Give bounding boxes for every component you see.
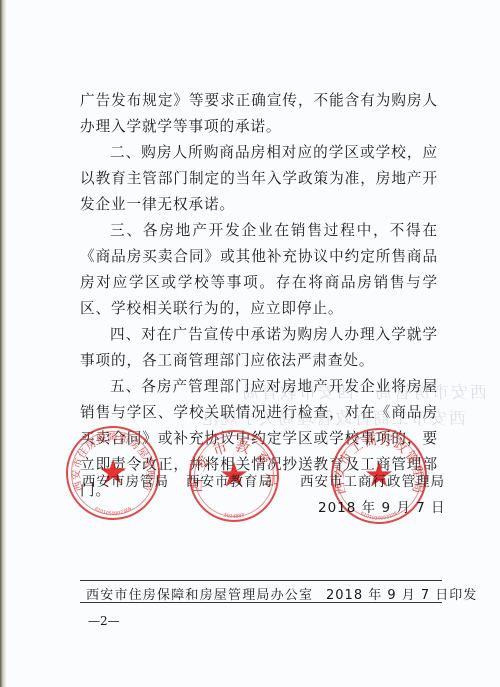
footer-issuer: 西安市住房保障和房屋管理局办公室 <box>86 584 313 603</box>
signature-industry-commerce-bureau: 西安市工商行政管理局 <box>300 470 445 490</box>
footer-issue-date: 2018 年 9 月 7 日印发 <box>326 584 477 603</box>
paragraph-3: 三、各房地产开发企业在销售过程中，不得在《商品房买卖合同》或其他补充协议中约定所… <box>80 218 438 322</box>
page-number: —2— <box>88 614 120 628</box>
svg-text:6101050002366: 6101050002366 <box>93 506 133 517</box>
paragraph-4: 四、对在广告宣传中承诺为购房人办理入学就学事项的，各工商管理部门应依法严肃查处。 <box>80 322 438 374</box>
paragraph-2: 二、购房人所购商品房相对应的学区或学校，应以教育主管部门制定的当年入学政策为准，… <box>80 140 438 218</box>
signing-date: 2018 年 9 月 7 日 <box>318 496 446 516</box>
svg-text:5024883: 5024883 <box>223 512 245 520</box>
paragraph: 广告发布规定》等要求正确宣传，不能含有为购房人办理入学就学等事项的承诺。 <box>80 88 438 140</box>
document-page: 西安市房管局 西安市教育局 西安市工商行政管理局关于规范 广告发布规定》等要求正… <box>0 0 500 687</box>
footer-bottom-rule <box>80 602 442 603</box>
signature-housing-bureau: 西安市房管局 <box>82 470 169 490</box>
signature-education-bureau: 西安市教育局 <box>186 470 273 490</box>
footer-top-rule <box>80 580 442 581</box>
